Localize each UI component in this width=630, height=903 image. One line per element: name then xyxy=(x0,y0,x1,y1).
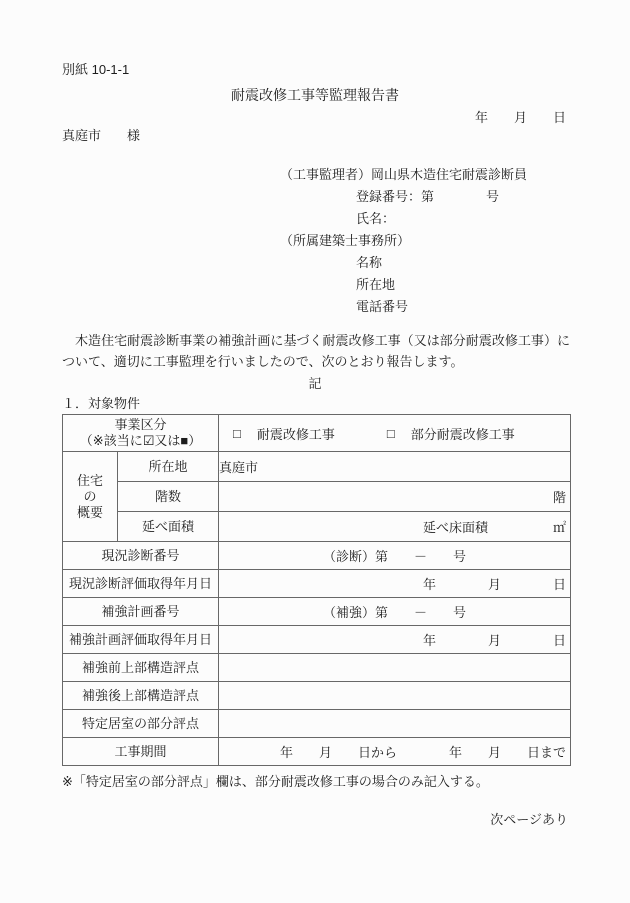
business-category-options: □ 耐震改修工事 □ 部分耐震改修工事 xyxy=(219,415,571,452)
option-seismic-retrofit: □ 耐震改修工事 xyxy=(233,424,335,443)
table-row-post-reinforcement-score: 補強後上部構造評点 xyxy=(63,682,571,710)
reinforcement-plan-number-label: 補強計画番号 xyxy=(63,598,219,626)
specified-room-score-value xyxy=(219,710,571,738)
supervisor-registration-number: 登録番号：第 号 xyxy=(280,186,630,208)
option-partial-seismic-retrofit-label: 部分耐震改修工事 xyxy=(411,424,515,443)
office-name-label: 名称 xyxy=(280,252,630,274)
subject-property-table: 事業区分 （※該当に☑又は■） □ 耐震改修工事 □ 部分耐震改修工事 住宅 の… xyxy=(62,414,571,766)
supervisor-block: （工事監理者）岡山県木造住宅耐震診断員 登録番号：第 号 氏名： （所属建築士事… xyxy=(280,164,630,318)
supervisor-name-label: 氏名： xyxy=(280,208,630,230)
addressee: 真庭市 様 xyxy=(62,128,630,144)
table-row-specified-room-score: 特定居室の部分評点 xyxy=(63,710,571,738)
report-statement: 木造住宅耐震診断事業の補強計画に基づく耐震改修工事（又は部分耐震改修工事）につい… xyxy=(62,330,570,372)
current-diagnosis-number-value: （診断）第 － 号 xyxy=(219,542,571,570)
checkbox-partial-seismic-retrofit-icon[interactable]: □ xyxy=(387,427,395,440)
pre-reinforcement-score-label: 補強前上部構造評点 xyxy=(63,654,219,682)
current-diagnosis-number-label: 現況診断番号 xyxy=(63,542,219,570)
total-area-label: 延べ面積 xyxy=(118,512,219,542)
option-partial-seismic-retrofit: □ 部分耐震改修工事 xyxy=(387,424,515,443)
construction-period-label: 工事期間 xyxy=(63,738,219,766)
table-row-current-diagnosis-date: 現況診断評価取得年月日 年 月 日 xyxy=(63,570,571,598)
table-row-reinforcement-plan-number: 補強計画番号 （補強）第 － 号 xyxy=(63,598,571,626)
location-label: 所在地 xyxy=(118,452,219,482)
supervisor-title-line: （工事監理者）岡山県木造住宅耐震診断員 xyxy=(280,164,630,186)
next-page-note: 次ページあり xyxy=(0,812,568,828)
post-reinforcement-score-value xyxy=(219,682,571,710)
business-category-label: 事業区分 （※該当に☑又は■） xyxy=(63,415,219,452)
table-row-floors: 階数 階 xyxy=(63,482,571,512)
doc-ref: 別紙 10-1-1 xyxy=(62,62,630,78)
current-diagnosis-date-value: 年 月 日 xyxy=(219,570,571,598)
floors-label: 階数 xyxy=(118,482,219,512)
office-heading: （所属建築士事務所） xyxy=(280,230,630,252)
total-area-value: 延べ床面積 ㎡ xyxy=(219,512,571,542)
table-row-location: 住宅 の 概要 所在地 真庭市 xyxy=(63,452,571,482)
footnote: ※「特定居室の部分評点」欄は、部分耐震改修工事の場合のみ記入する。 xyxy=(62,774,630,790)
post-reinforcement-score-label: 補強後上部構造評点 xyxy=(63,682,219,710)
location-value: 真庭市 xyxy=(219,452,571,482)
construction-period-value: 年 月 日から 年 月 日まで xyxy=(219,738,571,766)
table-row-construction-period: 工事期間 年 月 日から 年 月 日まで xyxy=(63,738,571,766)
reinforcement-plan-date-label: 補強計画評価取得年月日 xyxy=(63,626,219,654)
table-row-pre-reinforcement-score: 補強前上部構造評点 xyxy=(63,654,571,682)
pre-reinforcement-score-value xyxy=(219,654,571,682)
checkbox-seismic-retrofit-icon[interactable]: □ xyxy=(233,427,241,440)
table-row-current-diagnosis-number: 現況診断番号 （診断）第 － 号 xyxy=(63,542,571,570)
office-phone-label: 電話番号 xyxy=(280,296,630,318)
table-row-total-area: 延べ面積 延べ床面積 ㎡ xyxy=(63,512,571,542)
page-title: 耐震改修工事等監理報告書 xyxy=(0,87,630,104)
current-diagnosis-date-label: 現況診断評価取得年月日 xyxy=(63,570,219,598)
specified-room-score-label: 特定居室の部分評点 xyxy=(63,710,219,738)
table-row-reinforcement-plan-date: 補強計画評価取得年月日 年 月 日 xyxy=(63,626,571,654)
date-line: 年 月 日 xyxy=(0,110,566,126)
reinforcement-plan-date-value: 年 月 日 xyxy=(219,626,571,654)
office-address-label: 所在地 xyxy=(280,274,630,296)
housing-outline-label: 住宅 の 概要 xyxy=(63,452,118,542)
option-seismic-retrofit-label: 耐震改修工事 xyxy=(257,424,335,443)
document-page: 別紙 10-1-1 耐震改修工事等監理報告書 年 月 日 真庭市 様 （工事監理… xyxy=(0,0,630,903)
reinforcement-plan-number-value: （補強）第 － 号 xyxy=(219,598,571,626)
floors-value: 階 xyxy=(219,482,571,512)
record-marker: 記 xyxy=(0,376,630,392)
section-1-heading: １．対象物件 xyxy=(62,396,630,412)
table-row-business-category: 事業区分 （※該当に☑又は■） □ 耐震改修工事 □ 部分耐震改修工事 xyxy=(63,415,571,452)
